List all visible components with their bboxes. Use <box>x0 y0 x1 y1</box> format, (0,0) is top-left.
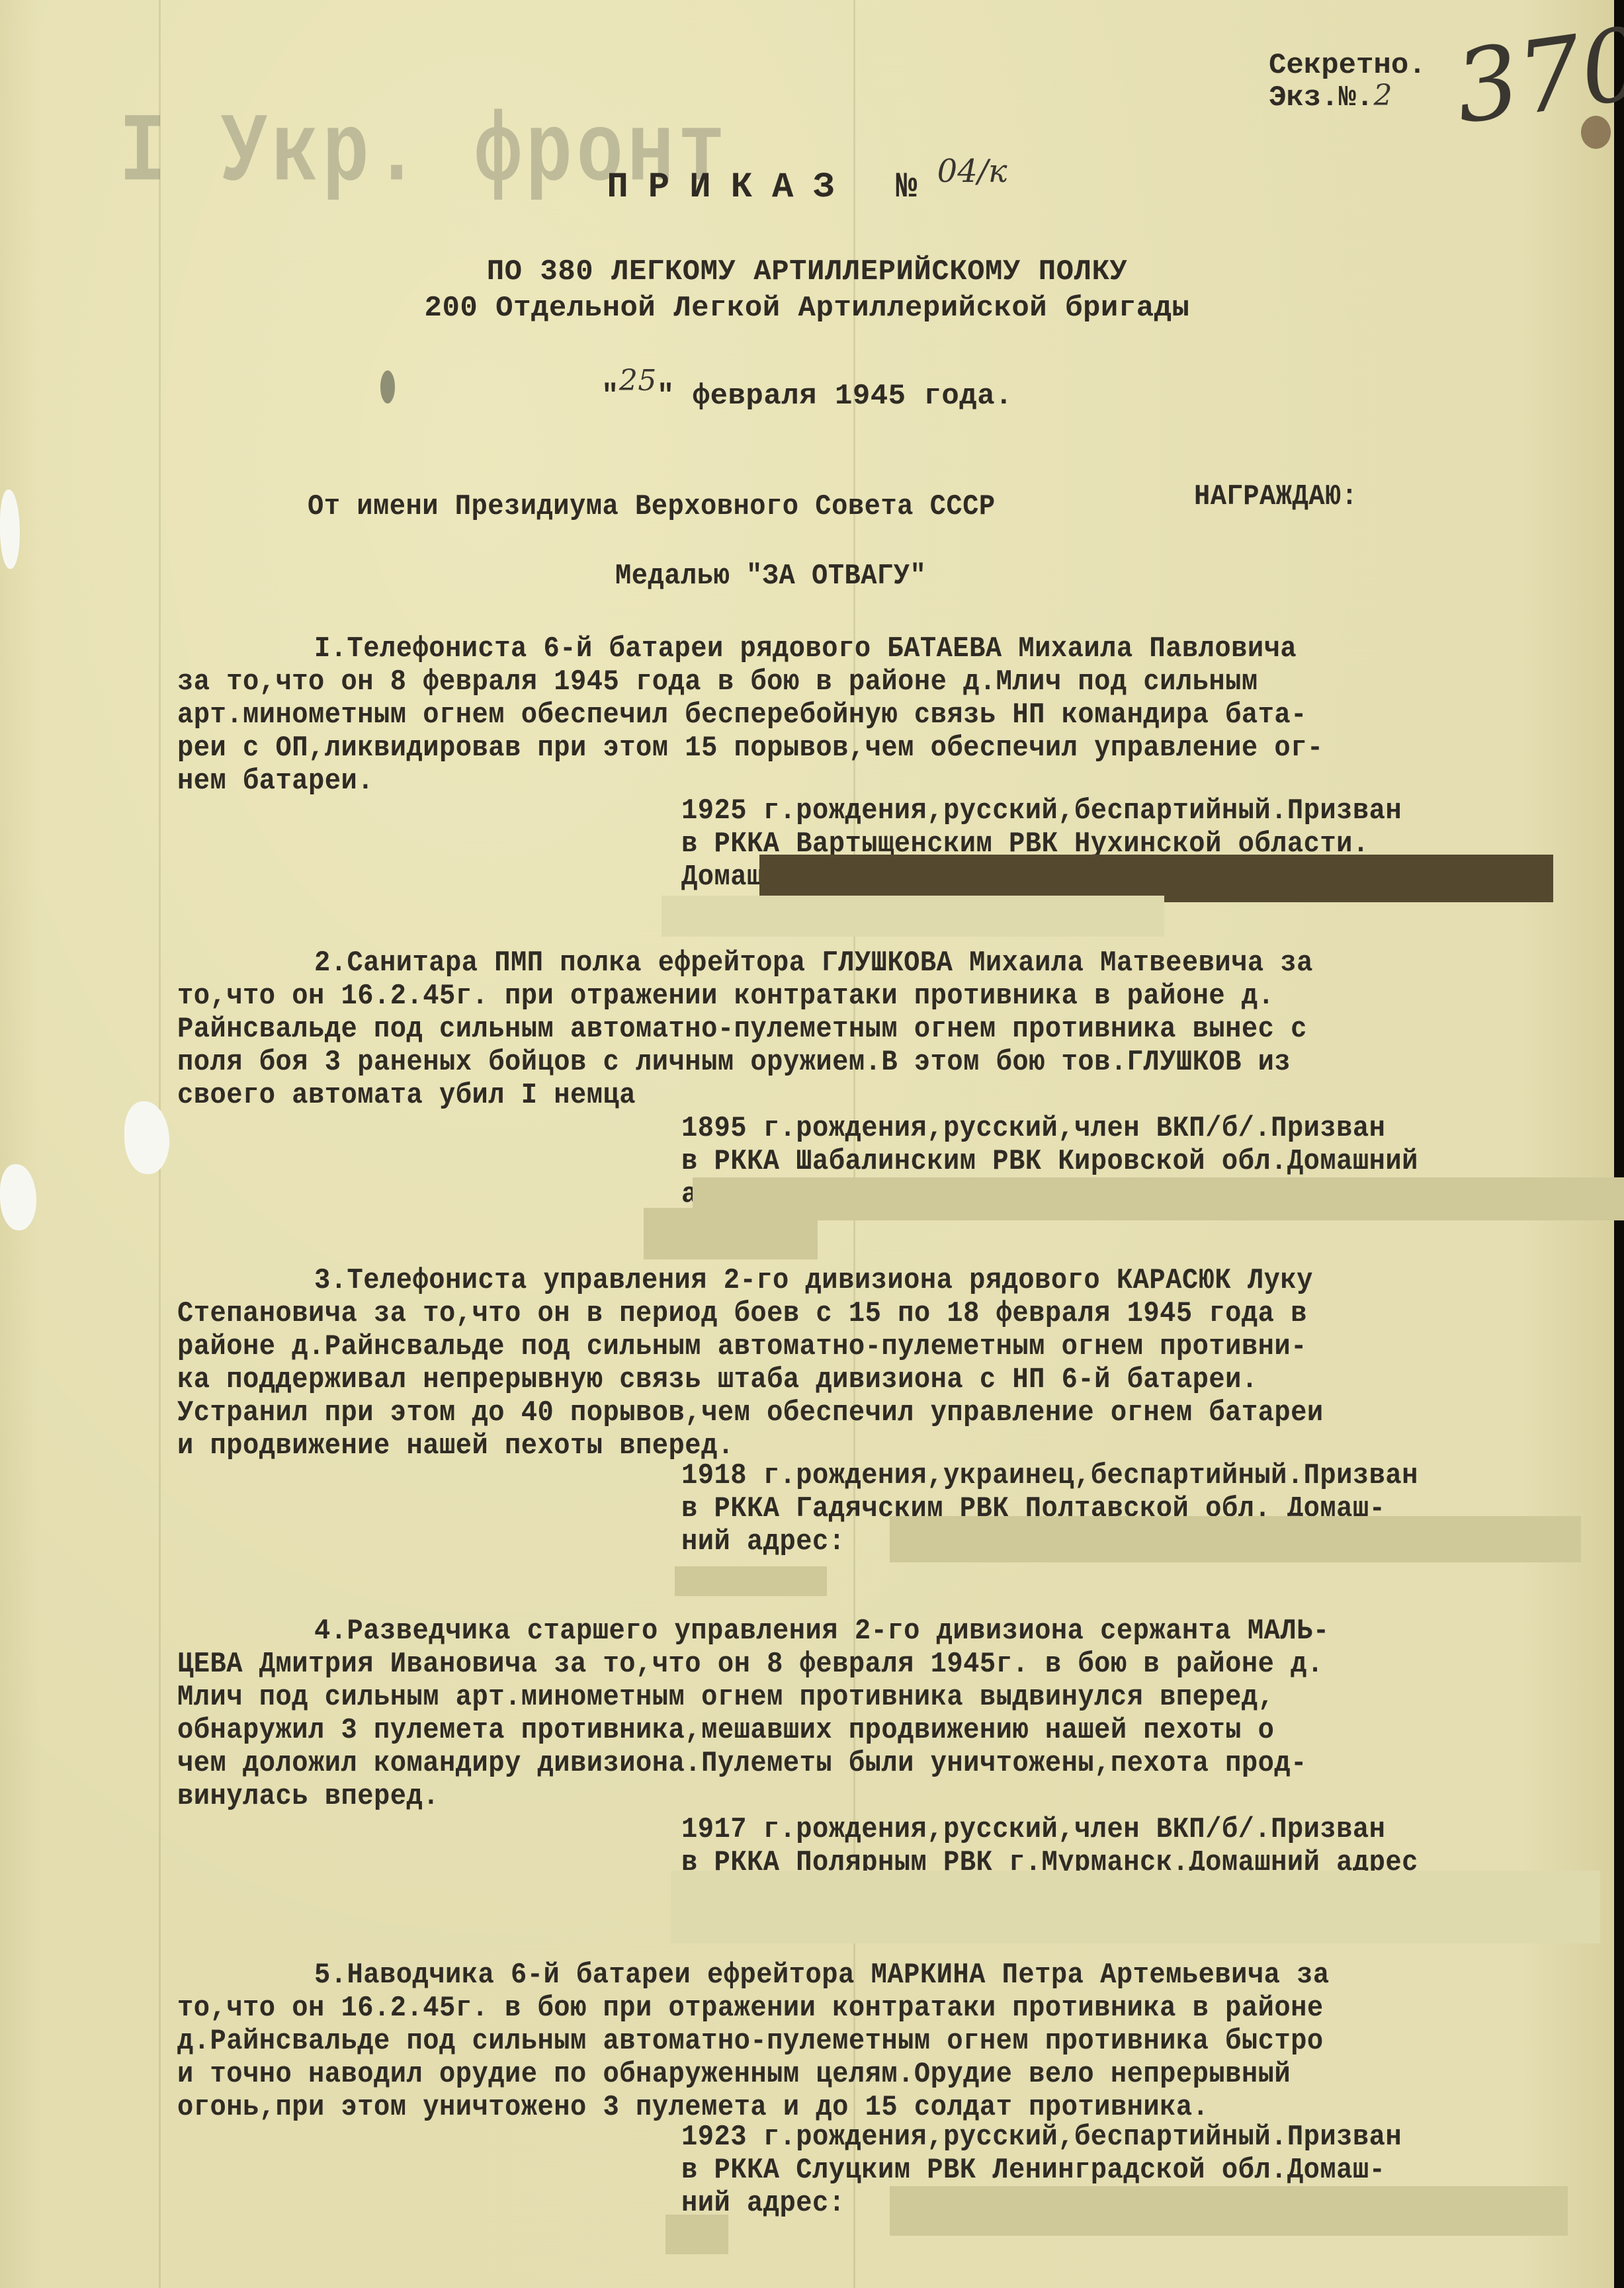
award-text: то,что он 16.2.45г. в бою при отражении … <box>177 1991 1324 2025</box>
bio-text: в РККА Шабалинским РВК Кировской обл.Дом… <box>681 1144 1418 1179</box>
redaction-box <box>671 1871 1600 1943</box>
award-text: за то,что он 8 февраля 1945 года в бою в… <box>177 665 1258 699</box>
bio-text: 1895 г.рождения,русский,член ВКП/б/.Приз… <box>681 1111 1385 1146</box>
award-text: Степановича за то,что он в период боев с… <box>177 1296 1307 1331</box>
award-text: нем батареи. <box>177 764 374 798</box>
award-text: своего автомата убил I немца <box>177 1078 636 1113</box>
preamble-verb: НАГРАЖДАЮ: <box>1194 480 1358 514</box>
subtitle-brigade: 200 Отдельной Легкой Артиллерийской бриг… <box>0 291 1614 325</box>
medal-name: Медалью "ЗА ОТВАГУ" <box>615 559 926 593</box>
award-text: 5.Наводчика 6-й батареи ефрейтора МАРКИН… <box>314 1958 1330 1992</box>
award-text: 2.Санитара ПМП полка ефрейтора ГЛУШКОВА … <box>314 946 1313 980</box>
bio-text: 1925 г.рождения,русский,беспартийный.При… <box>681 794 1402 828</box>
award-text: то,что он 16.2.45г. при отражении контра… <box>177 979 1274 1013</box>
copy-number: 2 <box>1373 79 1392 112</box>
bio-text: в РККА Слуцким РВК Ленинградской обл.Дом… <box>681 2153 1385 2187</box>
order-date: "25" февраля 1945 года. <box>0 377 1614 413</box>
award-text: арт.минометным огнем обеспечил бесперебо… <box>177 698 1307 732</box>
redaction-box <box>665 2215 728 2254</box>
bio-text: 1917 г.рождения,русский,член ВКП/б/.Приз… <box>681 1812 1385 1847</box>
award-text: д.Райнсвальде под сильным автоматно-пуле… <box>177 2024 1324 2058</box>
award-text: 3.Телефониста управления 2-го дивизиона … <box>314 1263 1313 1298</box>
award-text: реи с ОП,ликвидировав при этом 15 порыво… <box>177 731 1324 765</box>
scan-edge <box>1614 0 1624 2288</box>
secret-label: Секретно. <box>1269 50 1426 81</box>
award-text: Млич под сильным арт.минометным огнем пр… <box>177 1680 1274 1715</box>
subtitle-regiment: ПО 380 ЛЕГКОМУ АРТИЛЛЕРИЙСКОМУ ПОЛКУ <box>0 255 1614 289</box>
redaction-box <box>693 1177 1624 1220</box>
page-number-handwritten: 370 <box>1449 14 1624 138</box>
award-text: ЦЕВА Дмитрия Ивановича за то,что он 8 фе… <box>177 1647 1324 1681</box>
date-day: 25 <box>619 364 657 398</box>
award-text: I.Телефониста 6-й батареи рядового БАТАЕ… <box>314 632 1297 666</box>
award-text: и продвижение нашей пехоты вперед. <box>177 1429 734 1463</box>
award-text: Устранил при этом до 40 порывов,чем обес… <box>177 1396 1324 1430</box>
redaction-box <box>644 1208 785 1259</box>
redaction-box <box>890 1516 1581 1562</box>
preamble: От имени Президиума Верховного Совета СС… <box>308 489 996 524</box>
bio-text: 1923 г.рождения,русский,беспартийный.При… <box>681 2120 1402 2154</box>
bio-text: 1918 г.рождения,украинец,беспартийный.Пр… <box>681 1459 1418 1493</box>
redaction-box <box>890 2186 1568 2236</box>
award-text: 4.Разведчика старшего управления 2-го ди… <box>314 1614 1330 1648</box>
redaction-box <box>675 1566 827 1596</box>
order-title: ПРИКАЗ №04/к <box>0 169 1614 205</box>
order-number: 04/к <box>937 153 1007 190</box>
award-text: обнаружил 3 пулемета противника,мешавших… <box>177 1713 1274 1748</box>
award-text: ка поддерживал непрерывную связь штаба д… <box>177 1363 1258 1397</box>
award-text: Райнсвальде под сильным автоматно-пулеме… <box>177 1012 1307 1046</box>
award-text: винулась вперед. <box>177 1779 439 1814</box>
award-text: районе д.Райнсвальде под сильным автомат… <box>177 1330 1307 1364</box>
award-text: и точно наводил орудие по обнаруженным ц… <box>177 2057 1291 2092</box>
award-text: поля боя 3 раненых бойцов с личным оружи… <box>177 1045 1291 1080</box>
copy-label: Экз.№.2 <box>1269 81 1426 113</box>
award-text: чем доложил командиру дивизиона.Пулеметы… <box>177 1746 1307 1781</box>
redaction-box <box>662 896 1164 937</box>
secret-mark: Секретно. Экз.№.2 <box>1269 50 1426 113</box>
bio-text: ний адрес: <box>681 1525 845 1559</box>
